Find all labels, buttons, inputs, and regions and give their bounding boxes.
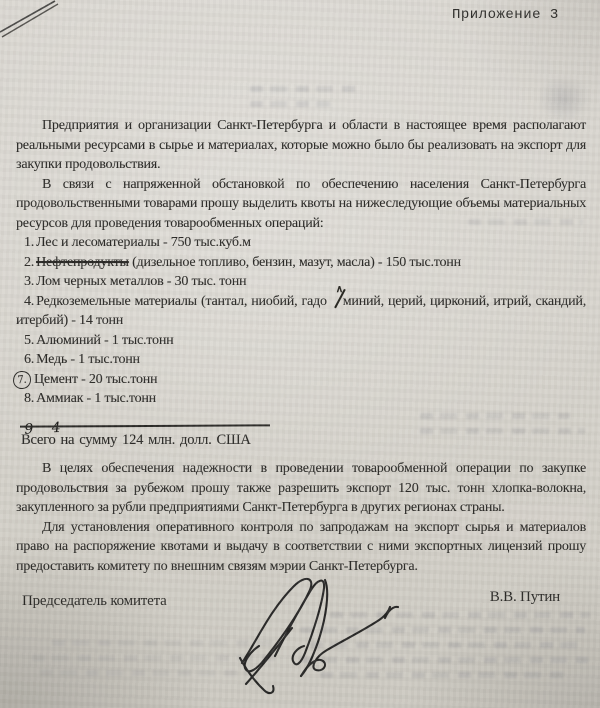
list-item-scrap-metal: 3.Лом черных металлов - 30 тыс. тонн <box>16 272 586 292</box>
item-number: 2. <box>24 255 34 270</box>
list-item-copper: 6.Медь - 1 тыс.тонн <box>16 350 586 370</box>
correction-caret-mark: ∧ <box>328 280 343 300</box>
item-number: 4. <box>24 294 34 309</box>
item-text: Лом черных металлов - 30 тыс. тонн <box>36 274 246 289</box>
paragraph-request: В связи с напряженной обстановкой по обе… <box>16 175 586 234</box>
item-text: (дизельное топливо, бензин, мазут, масла… <box>132 255 461 270</box>
strikethrough-word: Нефтепродукты <box>36 255 129 270</box>
signature-icon <box>212 558 407 706</box>
item-number: 5. <box>24 333 34 348</box>
appendix-label: Приложение 3 <box>452 7 559 23</box>
bleedthrough-smudge <box>32 640 290 685</box>
item-text: Цемент - 20 тыс.тонн <box>34 372 157 387</box>
list-item-aluminium: 5.Алюминий - 1 тыс.тонн <box>16 331 586 351</box>
item-number: 3. <box>24 274 34 289</box>
list-item-oil-products: 2.Нефтепродукты (дизельное топливо, бенз… <box>16 253 586 273</box>
quota-list: 1.Лес и лесоматериалы - 750 тыс.куб.м 2.… <box>16 233 586 422</box>
item-number: 8. <box>24 391 34 406</box>
item-number: 6. <box>24 352 34 367</box>
item-text: Медь - 1 тыс.тонн <box>36 352 140 367</box>
corner-pen-mark-icon <box>0 0 70 48</box>
signature-title: Председатель комитета <box>22 593 167 610</box>
list-item-rare-earth: 4.Редкоземельные материалы (тантал, ниоб… <box>16 292 586 331</box>
document-body: Предприятия и организации Санкт-Петербур… <box>16 116 586 576</box>
list-item-timber: 1.Лес и лесоматериалы - 750 тыс.куб.м <box>16 233 586 253</box>
item-text: Редкоземельные материалы (тантал, ниобий… <box>36 294 327 309</box>
item-number: 1. <box>24 235 34 250</box>
circled-number: 7. <box>12 370 32 390</box>
total-line: Всего на сумму 124 млн. долл. США <box>21 431 586 451</box>
bleedthrough-smudge <box>300 612 592 687</box>
bleedthrough-smudge <box>250 86 368 116</box>
signatory-name: В.В. Путин <box>490 589 560 606</box>
paragraph-cotton: В целях обеспечения надежности в проведе… <box>16 459 586 518</box>
handwritten-correction: м∧ <box>327 292 352 312</box>
paragraph-intro: Предприятия и организации Санкт-Петербур… <box>16 116 586 175</box>
item-text: Алюминий - 1 тыс.тонн <box>36 333 173 348</box>
item-text: Лес и лесоматериалы - 750 тыс.куб.м <box>36 235 251 250</box>
list-item-cement: 7.Цемент - 20 тыс.тонн <box>13 370 586 390</box>
paragraph-control: Для установления оперативного контроля п… <box>16 518 586 577</box>
scanned-document: Приложение 3 Предприятия и организации С… <box>0 0 600 708</box>
item-text: Аммиак - 1 тыс.тонн <box>36 391 156 406</box>
